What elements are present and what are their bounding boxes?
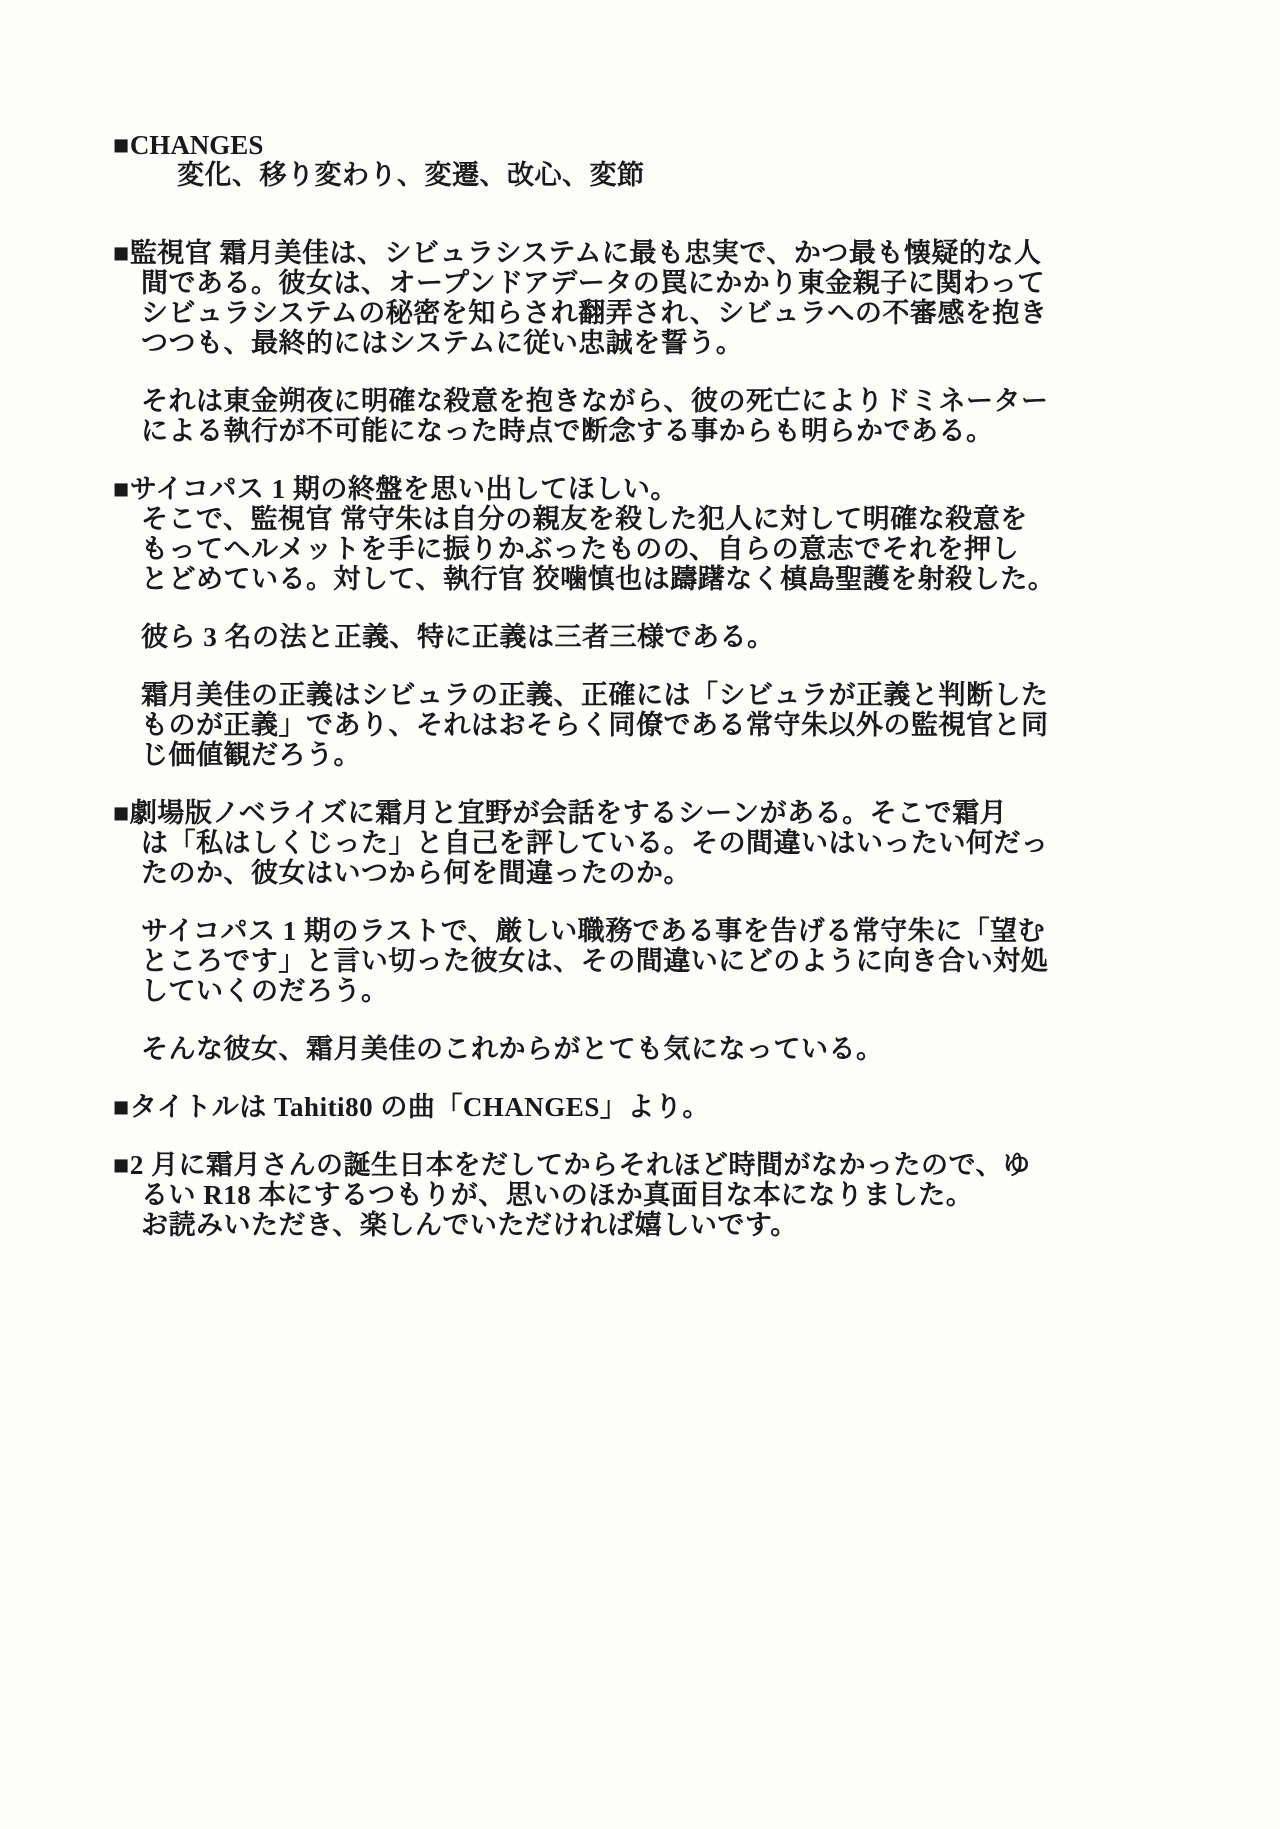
text-line: たのか、彼女はいつから何を間違ったのか。 [113, 858, 1073, 888]
afterword-text-column: ■CHANGES 変化、移り変わり、変遷、改心、変節 ■監視官 霜月美佳は、シビ… [113, 130, 1073, 1268]
square-bullet-icon: ■ [113, 798, 130, 828]
text-line-content: タイトルは Tahiti80 の曲「CHANGES」より。 [130, 1092, 710, 1122]
text-line: ■サイコパス 1 期の終盤を思い出してほしい。 [113, 474, 1073, 504]
text-line-content: 2 月に霜月さんの誕生日本をだしてからそれほど時間がなかったので、ゆ [130, 1150, 1031, 1180]
text-line: シビュラシステムの秘密を知らされ翻弄され、シビュラへの不審感を抱き [113, 298, 1073, 328]
text-line: ■タイトルは Tahiti80 の曲「CHANGES」より。 [113, 1092, 1073, 1122]
page-title-text: CHANGES [130, 130, 264, 160]
square-bullet-icon: ■ [113, 1150, 130, 1180]
text-line: ところです」と言い切った彼女は、その間違いにどのように向き合い対処 [113, 946, 1073, 976]
text-line: それは東金朔夜に明確な殺意を抱きながら、彼の死亡によりドミネーター [113, 386, 1073, 416]
text-line: るい R18 本にするつもりが、思いのほか真面目な本になりました。 [113, 1180, 1073, 1210]
paragraph: 彼ら 3 名の法と正義、特に正義は三者三様である。 [113, 622, 1073, 652]
text-line: ものが正義」であり、それはおそらく同僚である常守朱以外の監視官と同 [113, 710, 1073, 740]
text-line: とどめている。対して、執行官 狡噛慎也は躊躇なく槙島聖護を射殺した。 [113, 564, 1073, 594]
text-line: は「私はしくじった」と自己を評している。その間違いはいったい何だっ [113, 828, 1073, 858]
document-page: ■CHANGES 変化、移り変わり、変遷、改心、変節 ■監視官 霜月美佳は、シビ… [0, 0, 1280, 1829]
text-line: サイコパス 1 期のラストで、厳しい職務である事を告げる常守朱に「望む [113, 916, 1073, 946]
text-line: ■劇場版ノベライズに霜月と宜野が会話をするシーンがある。そこで霜月 [113, 798, 1073, 828]
text-line: 霜月美佳の正義はシビュラの正義、正確には「シビュラが正義と判断した [113, 680, 1073, 710]
text-line: そこで、監視官 常守朱は自分の親友を殺した犯人に対して明確な殺意を [113, 504, 1073, 534]
square-bullet-icon: ■ [113, 238, 130, 268]
text-line: ■監視官 霜月美佳は、シビュラシステムに最も忠実で、かつ最も懐疑的な人 [113, 238, 1073, 268]
text-line: お読みいただき、楽しんでいただければ嬉しいです。 [113, 1210, 1073, 1240]
text-line-content: 監視官 霜月美佳は、シビュラシステムに最も忠実で、かつ最も懐疑的な人 [130, 238, 1042, 268]
text-line: 間である。彼女は、オープンドアデータの罠にかかり東金親子に関わって [113, 268, 1073, 298]
paragraph: それは東金朔夜に明確な殺意を抱きながら、彼の死亡によりドミネーター による執行が… [113, 386, 1073, 446]
page-subtitle: 変化、移り変わり、変遷、改心、変節 [113, 160, 1073, 190]
paragraph: サイコパス 1 期のラストで、厳しい職務である事を告げる常守朱に「望む ところで… [113, 916, 1073, 1006]
page-title: ■CHANGES [113, 130, 1073, 160]
square-bullet-icon: ■ [113, 474, 130, 504]
paragraph: ■サイコパス 1 期の終盤を思い出してほしい。 そこで、監視官 常守朱は自分の親… [113, 474, 1073, 594]
text-line-content: サイコパス 1 期の終盤を思い出してほしい。 [130, 474, 678, 504]
title-block: ■CHANGES 変化、移り変わり、変遷、改心、変節 [113, 130, 1073, 190]
paragraph: ■監視官 霜月美佳は、シビュラシステムに最も忠実で、かつ最も懐疑的な人 間である… [113, 238, 1073, 358]
square-bullet-icon: ■ [113, 1092, 130, 1122]
text-line-content: 劇場版ノベライズに霜月と宜野が会話をするシーンがある。そこで霜月 [130, 798, 1007, 828]
paragraph: ■タイトルは Tahiti80 の曲「CHANGES」より。 [113, 1092, 1073, 1122]
text-line: していくのだろう。 [113, 976, 1073, 1006]
text-line: じ価値観だろう。 [113, 740, 1073, 770]
paragraph: ■劇場版ノベライズに霜月と宜野が会話をするシーンがある。そこで霜月 は「私はしく… [113, 798, 1073, 888]
square-bullet-icon: ■ [113, 130, 130, 160]
text-line: つつも、最終的にはシステムに従い忠誠を誓う。 [113, 328, 1073, 358]
text-line: そんな彼女、霜月美佳のこれからがとても気になっている。 [113, 1034, 1073, 1064]
paragraph: 霜月美佳の正義はシビュラの正義、正確には「シビュラが正義と判断した ものが正義」… [113, 680, 1073, 770]
paragraph: ■2 月に霜月さんの誕生日本をだしてからそれほど時間がなかったので、ゆ るい R… [113, 1150, 1073, 1240]
paragraph: そんな彼女、霜月美佳のこれからがとても気になっている。 [113, 1034, 1073, 1064]
text-line: もってヘルメットを手に振りかぶったものの、自らの意志でそれを押し [113, 534, 1073, 564]
text-line: 彼ら 3 名の法と正義、特に正義は三者三様である。 [113, 622, 1073, 652]
text-line: ■2 月に霜月さんの誕生日本をだしてからそれほど時間がなかったので、ゆ [113, 1150, 1073, 1180]
text-line: による執行が不可能になった時点で断念する事からも明らかである。 [113, 416, 1073, 446]
